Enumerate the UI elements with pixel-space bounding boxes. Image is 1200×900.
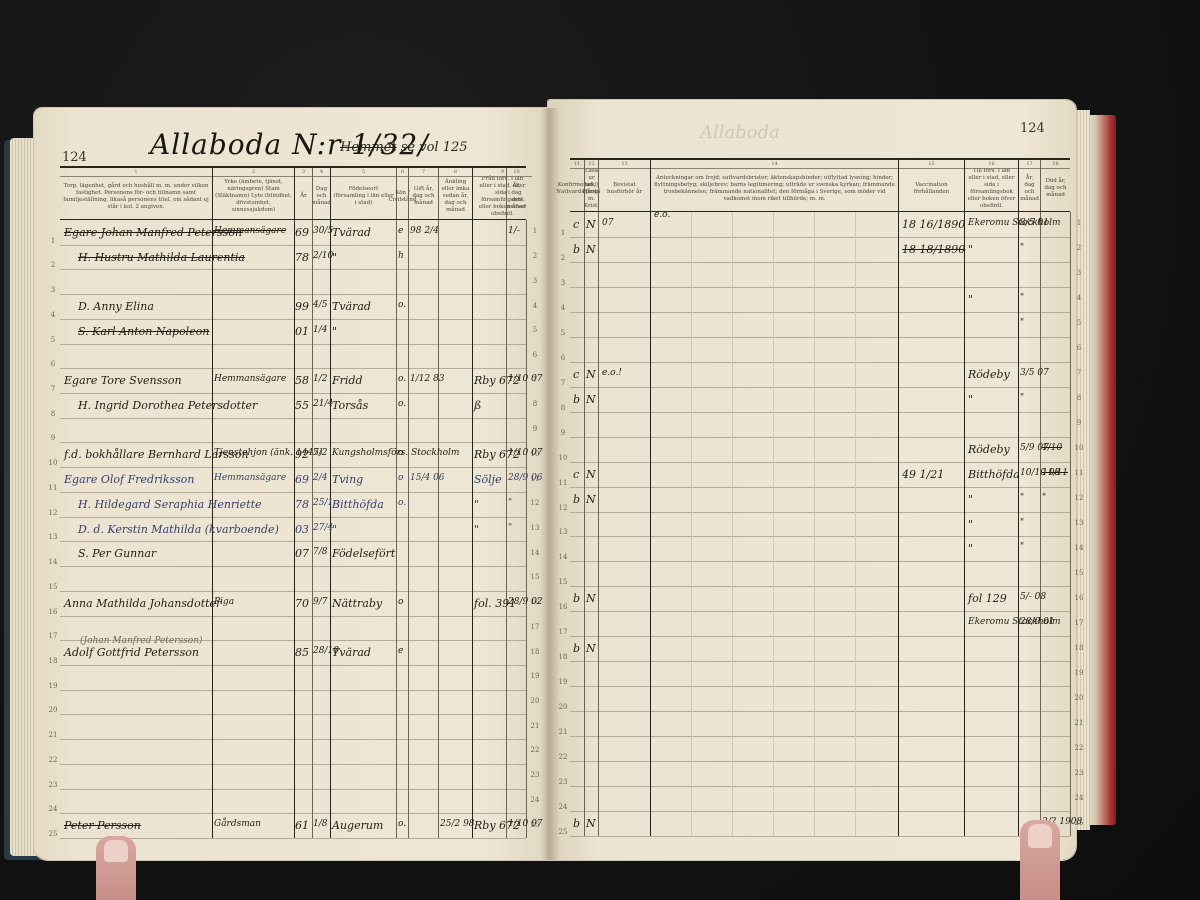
entry-sex: o	[398, 597, 403, 607]
entry-birth-day: 30/5	[313, 226, 333, 236]
entry-birth-day: 9/7	[313, 597, 327, 607]
column-label: Bevistat husförhör år	[601, 182, 648, 196]
column-label: Änkling eller änka sedan år, dag och mån…	[441, 179, 470, 214]
row-number-inner: 7	[46, 385, 60, 393]
entry-name: D. Anny Elina	[78, 300, 154, 313]
row-rule	[60, 566, 526, 567]
entry-birth-day: 27/4	[313, 523, 333, 533]
column-number: 13	[599, 161, 650, 169]
column-header-13: 13Bevistat husförhör år	[598, 160, 650, 211]
row-rule	[60, 591, 526, 592]
entry-occupation: Hemmansägare	[214, 226, 286, 236]
left-column-headers: 1Torp, lägenhet, gård och hushåll m. m. …	[60, 166, 526, 220]
entry-birthplace: "	[332, 523, 337, 536]
row-number-inner: 5	[556, 329, 570, 337]
row-rule	[570, 711, 1070, 712]
faint-rule	[814, 212, 815, 836]
row-rule	[570, 462, 1070, 463]
row-number: 21	[1072, 719, 1086, 727]
entry-name: Egare Tore Svensson	[64, 374, 182, 387]
title-note-text: se vol 125	[401, 140, 468, 155]
row-number: 9	[1072, 419, 1086, 427]
entry-confirmed: b	[573, 393, 580, 406]
row-number-inner: 5	[46, 336, 60, 344]
entry-reading: N	[586, 817, 596, 830]
entry-birthplace: "	[332, 251, 337, 264]
entry-birthplace: Tvärad	[332, 226, 371, 239]
entry-moved-to: "	[968, 243, 973, 256]
column-rule	[598, 212, 599, 836]
row-rule	[60, 344, 526, 345]
entry-moved-out-date: "	[1020, 518, 1024, 528]
entry-sex: o.	[398, 399, 406, 409]
column-label: År, dag och månad	[507, 183, 526, 211]
entry-vaccination: 49 1/21	[902, 468, 944, 481]
entry-moved-out-date: 28/9 01	[1020, 617, 1055, 627]
entry-married-date: 1/12 83	[410, 374, 445, 384]
entry-birth-day: 1/4	[313, 325, 327, 335]
row-rule	[60, 739, 526, 740]
row-rule	[60, 714, 526, 715]
entry-occupation: Hemmansägare	[214, 473, 286, 483]
entry-birth-day: 2/4	[313, 473, 327, 483]
row-number-inner: 6	[556, 354, 570, 362]
column-rule	[898, 212, 899, 836]
row-number: 4	[1072, 294, 1086, 302]
row-rule	[60, 813, 526, 814]
entry-moved-in-date: 1/-	[508, 226, 520, 236]
row-rule	[570, 786, 1070, 787]
entry-birth-year: 55	[295, 399, 309, 412]
entry-moved-out-date: 5/- 08	[1020, 592, 1046, 602]
column-header-12: 12Läsa ur bok / Förstå m. Kristi	[584, 160, 598, 211]
entry-name: S. Per Gunnar	[78, 547, 156, 560]
faint-rule	[773, 212, 774, 836]
row-number: 9	[528, 425, 542, 433]
row-number-inner: 1	[556, 229, 570, 237]
entry-moved-to: "	[968, 518, 973, 531]
row-rule	[570, 237, 1070, 238]
entry-name: H. Hildegard Seraphia Henriette	[78, 498, 262, 511]
row-number-inner: 6	[46, 360, 60, 368]
entry-married-date: 15/4 06	[410, 473, 445, 483]
row-rule	[60, 442, 526, 443]
entry-married-date: 98 2/4	[410, 226, 439, 236]
column-header-10: 10År, dag och månad	[506, 168, 526, 219]
entry-birthplace: "	[332, 325, 337, 338]
row-rule	[570, 561, 1070, 562]
entry-occupation: Piga	[214, 597, 234, 607]
row-number: 7	[1072, 369, 1086, 377]
column-label: År	[300, 193, 307, 200]
row-number-inner: 16	[556, 603, 570, 611]
row-number: 11	[1072, 469, 1086, 477]
column-label: Torp, lägenhet, gård och hushåll m. m. u…	[62, 183, 210, 211]
entry-birth-year: 78	[295, 498, 309, 511]
row-number-inner: 8	[46, 410, 60, 418]
row-number: 3	[528, 277, 542, 285]
entry-name: D. d. Kerstin Mathilda (kvarboende)	[78, 523, 279, 536]
row-number: 21	[528, 722, 542, 730]
row-rule	[60, 418, 526, 419]
entry-moved-to: fol 129	[968, 592, 1007, 605]
column-number: 3	[295, 169, 312, 177]
entry-confirmed: c	[573, 218, 579, 231]
column-label: Gift år, dag och månad	[411, 186, 436, 207]
row-rule	[570, 661, 1070, 662]
column-header-16: 16Till förs. i län eller i stad, eller s…	[964, 160, 1018, 211]
row-number: 1	[1072, 219, 1086, 227]
row-rule	[60, 616, 526, 617]
entry-birthplace: Torsås	[332, 399, 368, 412]
row-number-inner: 22	[46, 756, 60, 764]
row-number-inner: 24	[556, 803, 570, 811]
row-number: 6	[1072, 344, 1086, 352]
faint-rule	[855, 212, 856, 836]
row-rule	[570, 387, 1070, 388]
entry-moved-in-from: "	[474, 498, 479, 511]
entry-birth-day: 7/2	[313, 448, 327, 458]
row-rule	[570, 586, 1070, 587]
row-number: 8	[1072, 394, 1086, 402]
entry-moved-to: "	[968, 293, 973, 306]
column-number: 10	[507, 169, 526, 177]
row-rule	[60, 467, 526, 468]
row-number-inner: 13	[556, 528, 570, 536]
row-rule	[60, 245, 526, 246]
row-number-inner: 23	[46, 781, 60, 789]
row-number: 12	[528, 499, 542, 507]
faint-offset-heading: Allaboda	[700, 122, 780, 143]
title-annotation: Hemmet se vol 125	[340, 140, 468, 155]
row-number-inner: 19	[556, 678, 570, 686]
column-header-5: 5Födelseort (församling i län eller i st…	[330, 168, 396, 219]
entry-moved-in-date: 28/9 06	[508, 473, 543, 483]
title-note-struck: Hemmet	[340, 140, 397, 155]
row-number-inner: 21	[46, 731, 60, 739]
column-rule	[506, 220, 507, 838]
faint-rule	[691, 212, 692, 836]
row-number-inner: 15	[556, 578, 570, 586]
row-rule	[570, 337, 1070, 338]
row-number: 5	[528, 326, 542, 334]
thumb-right	[1020, 820, 1060, 900]
column-label: Anteckningar om frejd; sattvardsbrister;…	[653, 175, 896, 203]
row-number: 20	[1072, 694, 1086, 702]
entry-birth-day: 1/2	[313, 374, 327, 384]
row-rule	[570, 412, 1070, 413]
row-number-inner: 3	[556, 279, 570, 287]
row-number-inner: 1	[46, 237, 60, 245]
row-rule	[60, 368, 526, 369]
row-number: 14	[528, 549, 542, 557]
column-number: 12	[585, 161, 598, 169]
entry-moved-in-from: "	[474, 523, 479, 536]
column-header-14: 14Anteckningar om frejd; sattvardsbriste…	[650, 160, 898, 211]
row-rule	[60, 393, 526, 394]
row-number-inner: 18	[556, 653, 570, 661]
entry-sex: o.	[398, 819, 406, 829]
entry-moved-in-date: 28/9 02	[508, 597, 543, 607]
row-number-inner: 22	[556, 753, 570, 761]
entry-reading: N	[586, 592, 596, 605]
entry-birth-year: 92	[295, 448, 309, 461]
entry-birth-day: 25/1	[313, 498, 333, 508]
column-rule	[1018, 212, 1019, 836]
right-column-headers: 11Konfirmerad / Nattvardsgång12Läsa ur b…	[570, 158, 1070, 212]
entry-birth-year: 78	[295, 251, 309, 264]
left-register-grid: 1122334455667788991010111112121313141415…	[60, 220, 526, 838]
column-header-1: 1Torp, lägenhet, gård och hushåll m. m. …	[60, 168, 212, 219]
column-label: Till förs. i län eller i stad, eller sid…	[967, 168, 1016, 210]
entry-moved-in-date: 1/10 07	[508, 448, 543, 458]
entry-birthplace: Tvärad	[332, 646, 371, 659]
row-number-inner: 15	[46, 583, 60, 591]
row-number: 24	[528, 796, 542, 804]
row-number-inner: 13	[46, 533, 60, 541]
entry-reading: N	[586, 468, 596, 481]
row-number-inner: 14	[556, 553, 570, 561]
row-number: 18	[528, 648, 542, 656]
row-number-inner: 19	[46, 682, 60, 690]
row-number: 23	[1072, 769, 1086, 777]
page-edge-rule	[526, 220, 527, 838]
entry-confirmed: c	[573, 468, 579, 481]
column-rule	[396, 220, 397, 838]
row-number: 12	[1072, 494, 1086, 502]
row-number: 13	[528, 524, 542, 532]
entry-moved-to: "	[968, 393, 973, 406]
entry-birth-year: 70	[295, 597, 309, 610]
entry-sex: o	[398, 448, 403, 458]
row-number: 4	[528, 302, 542, 310]
entry-confirmed: b	[573, 642, 580, 655]
row-number-inner: 11	[556, 479, 570, 487]
column-number: 2	[213, 169, 294, 177]
row-rule	[60, 789, 526, 790]
row-number: 10	[1072, 444, 1086, 452]
right-page-number: 124	[1020, 121, 1045, 136]
row-number: 1	[528, 227, 542, 235]
entry-moved-to: Rödeby	[968, 443, 1010, 456]
row-number-inner: 21	[556, 728, 570, 736]
entry-moved-out-date: 3/5 07	[1020, 368, 1049, 378]
row-number-inner: 2	[556, 254, 570, 262]
entry-name: Peter Persson	[64, 819, 141, 832]
row-rule	[60, 665, 526, 666]
row-number-inner: 17	[46, 632, 60, 640]
entry-reading: N	[586, 243, 596, 256]
column-label: Död år, dag och månad	[1043, 178, 1068, 199]
row-rule	[570, 362, 1070, 363]
row-rule	[60, 690, 526, 691]
row-number: 23	[528, 771, 542, 779]
entry-moved-in-date: 1/10 07	[508, 819, 543, 829]
row-rule	[570, 686, 1070, 687]
column-header-4: 4Dag och månad	[312, 168, 330, 219]
column-rule	[1040, 212, 1041, 836]
entry-birthplace: Tving	[332, 473, 363, 486]
entry-death-struck: 1/10	[1042, 443, 1062, 453]
row-rule	[60, 492, 526, 493]
entry-birth-day: 2/10	[313, 251, 333, 261]
entry-sex: o.	[398, 498, 406, 508]
entry-birth-day: 1/8	[313, 819, 327, 829]
row-rule	[570, 736, 1070, 737]
row-number-inner: 3	[46, 286, 60, 294]
entry-sex: e	[398, 226, 403, 236]
row-number: 24	[1072, 794, 1086, 802]
entry-moved-to: "	[968, 542, 973, 555]
column-rule	[584, 212, 585, 836]
page-edge-rule	[1070, 212, 1071, 836]
row-number-inner: 10	[556, 454, 570, 462]
entry-birthplace: Bitthöfda	[332, 498, 384, 511]
row-number: 5	[1072, 319, 1086, 327]
row-number: 14	[1072, 544, 1086, 552]
column-number: 4	[313, 169, 330, 177]
row-number: 20	[528, 697, 542, 705]
row-number-inner: 12	[46, 509, 60, 517]
entry-moved-out-date: "	[1020, 318, 1024, 328]
entry-reading: N	[586, 218, 596, 231]
row-rule	[60, 269, 526, 270]
entry-reading: N	[586, 393, 596, 406]
column-header-18: 18Död år, dag och månad	[1040, 160, 1070, 211]
row-number-inner: 20	[46, 706, 60, 714]
entry-sex: o.	[398, 374, 406, 384]
column-rule	[964, 212, 965, 836]
row-number: 17	[528, 623, 542, 631]
row-rule	[60, 541, 526, 542]
column-number: 17	[1019, 161, 1040, 169]
row-number-inner: 7	[556, 379, 570, 387]
column-number: 8	[439, 169, 472, 177]
entry-birthplace: Kungsholmsförs. Stockholm	[332, 448, 459, 458]
row-number: 18	[1072, 644, 1086, 652]
column-label: Yrke (ämbete, tjänst, näringsgren) Stam …	[215, 179, 292, 214]
entry-moved-out-date: "	[1020, 542, 1024, 552]
row-number: 3	[1072, 269, 1086, 277]
entry-name: H. Ingrid Dorothea Petersdotter	[78, 399, 257, 412]
row-rule	[570, 512, 1070, 513]
entry-moved-in-date: "	[508, 523, 512, 533]
entry-moved-to: Bitthöfda	[968, 468, 1020, 481]
column-label: År, dag och månad	[1020, 175, 1039, 203]
row-number: 22	[1072, 744, 1086, 752]
column-header-8: 8Änkling eller änka sedan år, dag och må…	[438, 168, 472, 219]
row-number: 8	[528, 400, 542, 408]
entry-name: Egare Olof Fredriksson	[64, 473, 195, 486]
entry-vaccination: 18 16/1890	[902, 218, 965, 231]
row-number-inner: 16	[46, 608, 60, 616]
column-rule	[438, 220, 439, 838]
row-rule	[570, 811, 1070, 812]
entry-birth-year: 01	[295, 325, 309, 338]
entry-moved-to: Rödeby	[968, 368, 1010, 381]
entry-birth-year: 58	[295, 374, 309, 387]
entry-birthplace: Fridd	[332, 374, 363, 387]
column-number: 18	[1041, 161, 1070, 169]
entry-name: Adolf Gottfrid Petersson	[64, 646, 199, 659]
thumb-left	[96, 836, 136, 900]
row-rule	[570, 487, 1070, 488]
row-rule	[60, 319, 526, 320]
row-number: 2	[1072, 244, 1086, 252]
row-number-inner: 10	[46, 459, 60, 467]
row-number: 15	[1072, 569, 1086, 577]
row-number: 15	[528, 573, 542, 581]
row-number-inner: 23	[556, 778, 570, 786]
row-number-inner: 9	[556, 429, 570, 437]
entry-moved-out-date: "	[1020, 243, 1024, 253]
entry-name: Anna Mathilda Johansdotter	[64, 597, 221, 610]
row-rule	[60, 517, 526, 518]
entry-birthplace: Augerum	[332, 819, 383, 832]
entry-occupation: Gårdsman	[214, 819, 261, 829]
column-number: 7	[409, 169, 438, 177]
column-number: 14	[651, 161, 898, 169]
entry-name: H. Hustru Mathilda Laurentia	[78, 251, 245, 264]
entry-confirmed: c	[573, 368, 579, 381]
row-number-inner: 25	[46, 830, 60, 838]
entry-occupation: Hemmansägare	[214, 374, 286, 384]
column-number: 1	[60, 169, 212, 177]
row-number: 22	[528, 746, 542, 754]
register-book: 124 124 Allaboda N:r 1/32/ Hemmet se vol…	[0, 0, 1200, 900]
entry-examined: 07	[602, 218, 613, 228]
entry-confirmed: b	[573, 493, 580, 506]
entry-name: S. Karl Anton Napoleon	[78, 325, 209, 338]
row-number-inner: 25	[556, 828, 570, 836]
row-number-inner: 8	[556, 404, 570, 412]
entry-moved-out-date: "	[1020, 393, 1024, 403]
entry-sex: h	[398, 251, 404, 261]
row-rule	[570, 437, 1070, 438]
row-rule	[60, 294, 526, 295]
column-number: 5	[331, 169, 396, 177]
entry-birth-day: 4/5	[313, 300, 327, 310]
row-number: 2	[528, 252, 542, 260]
row-number-inner: 4	[46, 311, 60, 319]
entry-sex: o	[398, 473, 403, 483]
entry-sex: e	[398, 646, 403, 656]
entry-notes: e.o.	[654, 210, 670, 220]
column-header-7: 7Gift år, dag och månad	[408, 168, 438, 219]
row-rule	[570, 287, 1070, 288]
row-number: 19	[528, 672, 542, 680]
column-header-15: 15Vaccination förhållanden	[898, 160, 964, 211]
row-rule	[570, 262, 1070, 263]
column-header-17: 17År, dag och månad	[1018, 160, 1040, 211]
entry-death-struck: 11/11	[1042, 468, 1068, 478]
row-rule	[570, 836, 1070, 837]
entry-reading: N	[586, 368, 596, 381]
entry-confirmed: b	[573, 243, 580, 256]
faint-rule	[732, 212, 733, 836]
left-page-number: 124	[62, 150, 87, 165]
entry-confirmed: b	[573, 592, 580, 605]
row-number-inner: 2	[46, 261, 60, 269]
entry-moved-in-from: ß	[474, 399, 481, 412]
column-number: 15	[899, 161, 964, 169]
entry-birth-year: 03	[295, 523, 309, 536]
row-number-inner: 12	[556, 504, 570, 512]
row-number-inner: 17	[556, 628, 570, 636]
entry-note: (Johan Manfred Petersson)	[80, 636, 203, 646]
row-number: 13	[1072, 519, 1086, 527]
entry-death-date: "	[1042, 493, 1046, 503]
